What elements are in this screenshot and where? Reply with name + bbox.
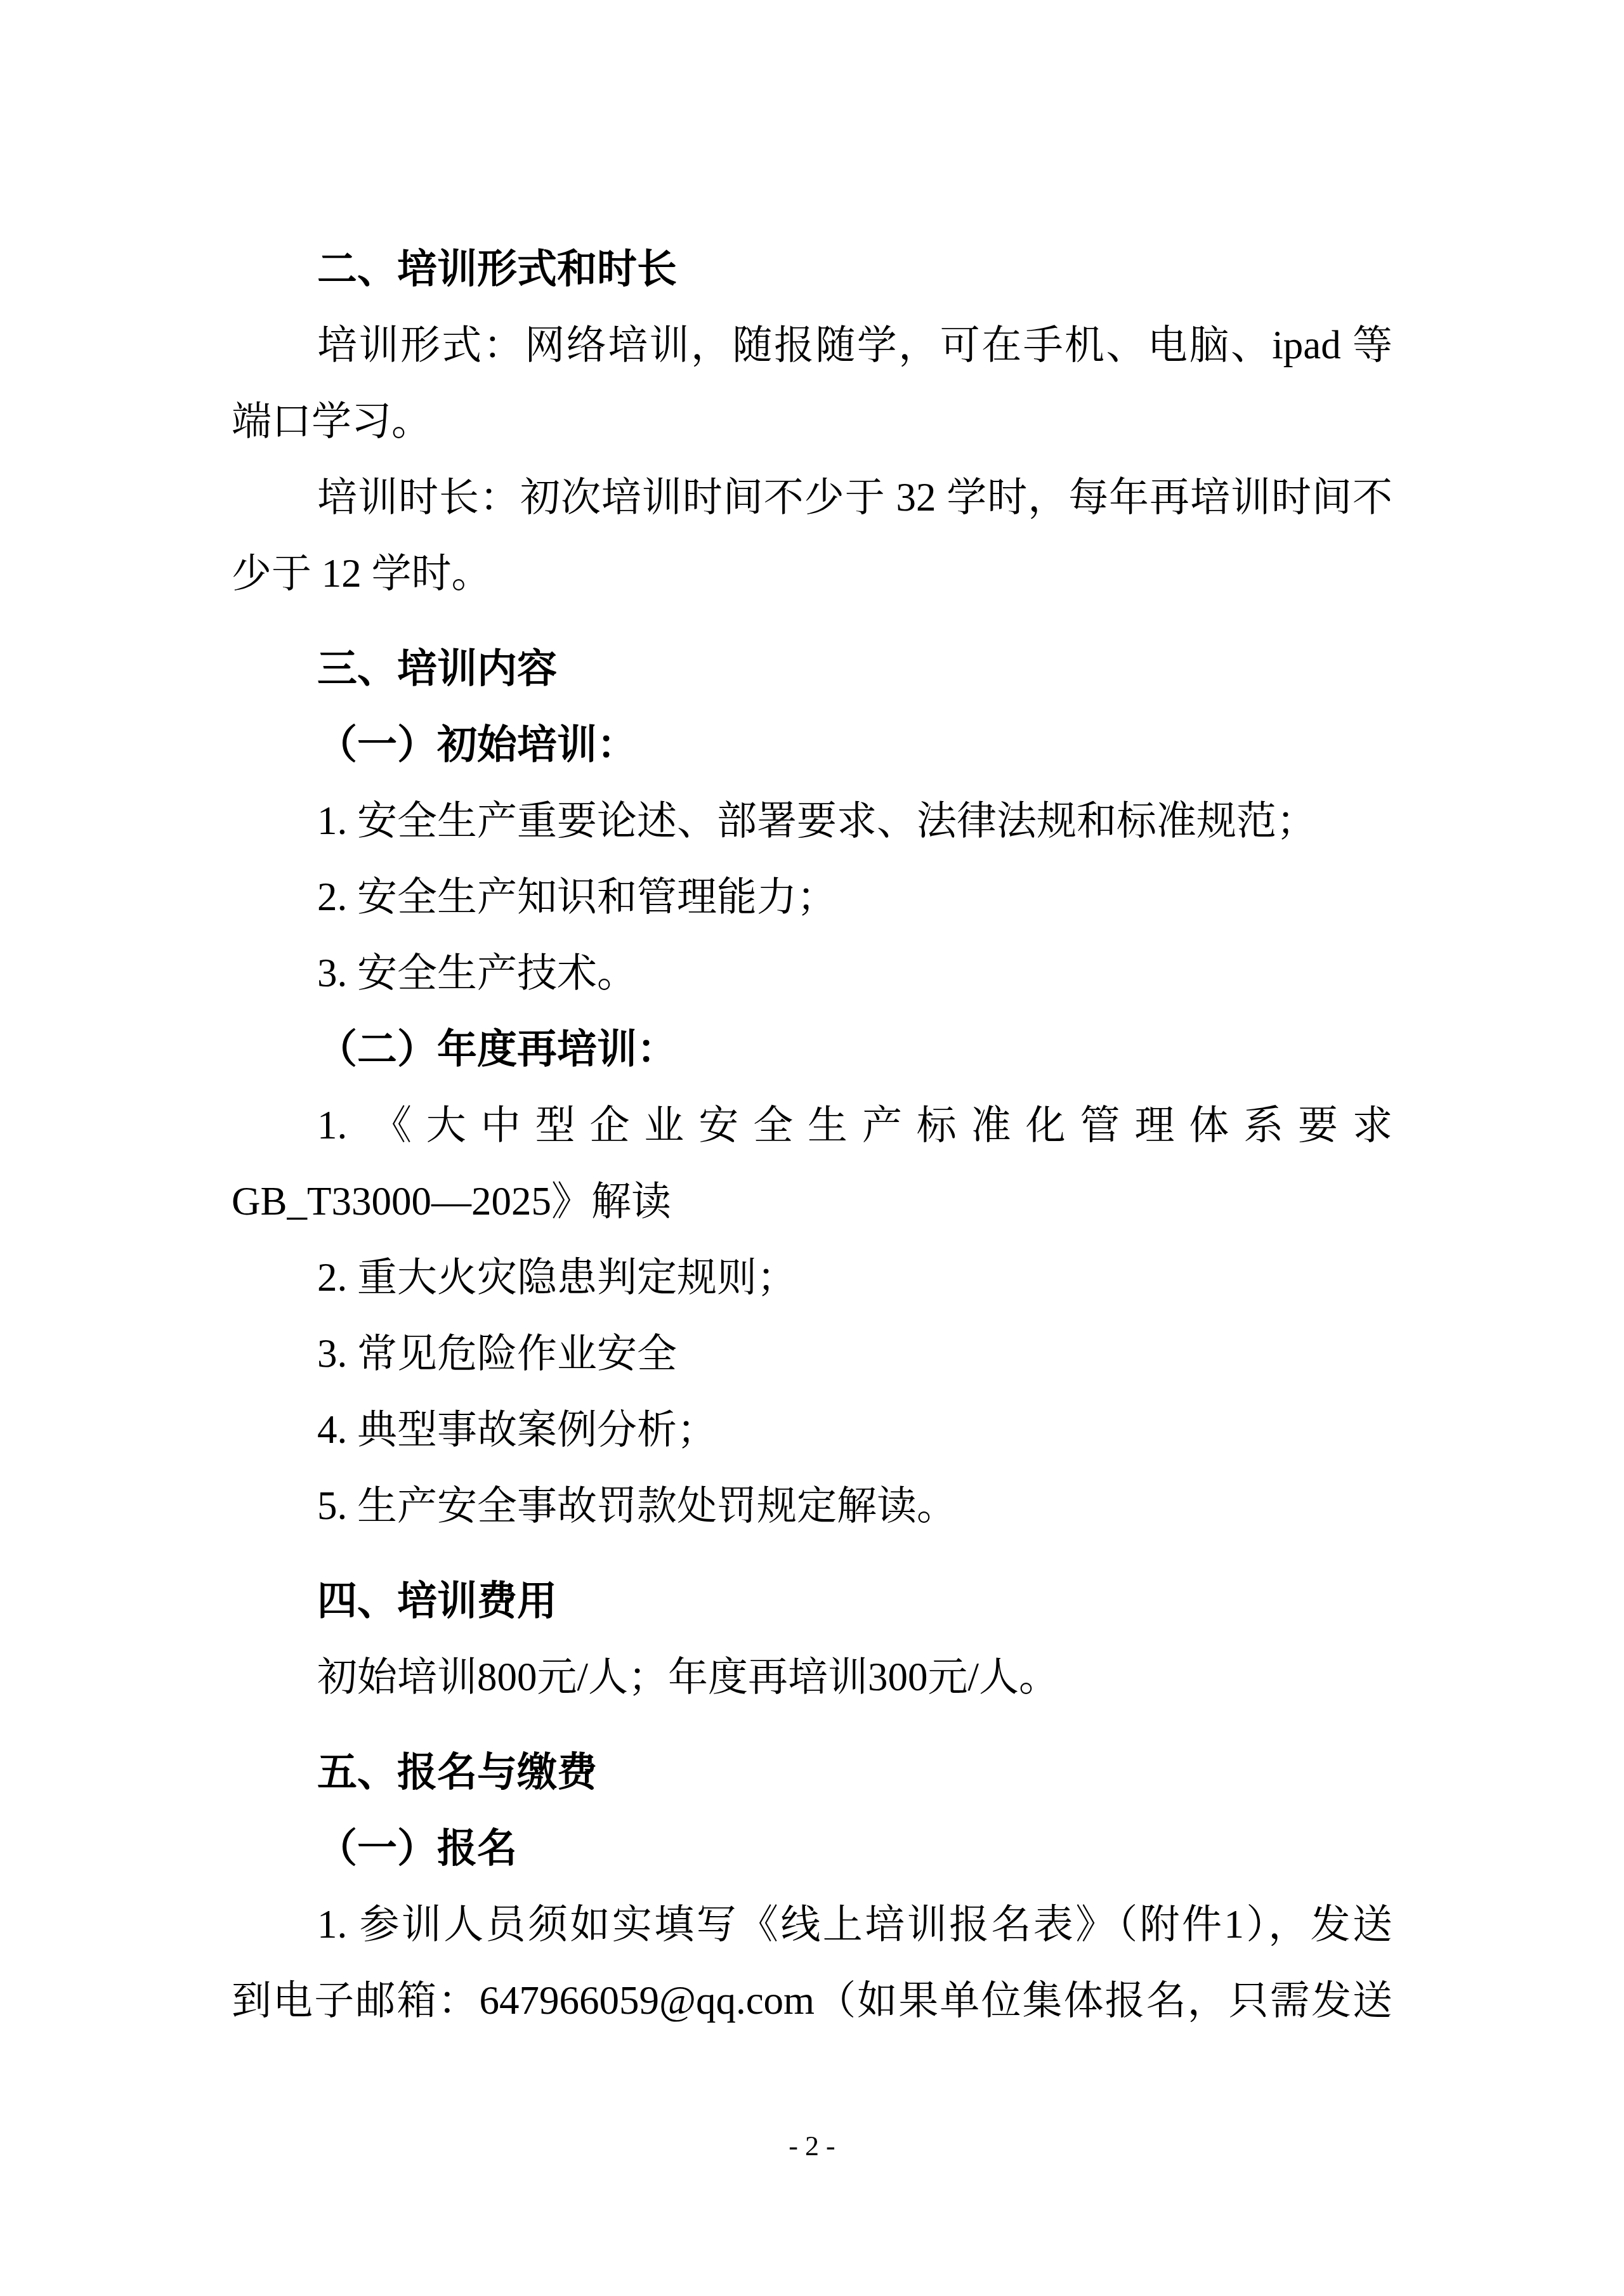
text-line: 端口学习。 [232, 383, 1392, 459]
text-line: 5. 生产安全事故罚款处罚规定解读。 [232, 1468, 1392, 1544]
text-line: 4. 典型事故案例分析； [232, 1392, 1392, 1468]
text-line: 3. 安全生产技术。 [232, 935, 1392, 1011]
section-heading: （一）初始培训： [232, 707, 1392, 783]
text-line: 少于 12 学时。 [232, 535, 1392, 611]
document-page: 二、培训形式和时长培训形式：网络培训，随报随学，可在手机、电脑、ipad 等端口… [0, 0, 1624, 2296]
section-heading: 三、培训内容 [232, 630, 1392, 707]
text-line: 到电子邮箱：647966059@qq.com（如果单位集体报名，只需发送 [232, 1962, 1392, 2038]
text-line: GB_T33000—2025》解读 [232, 1163, 1392, 1239]
text-line: 2. 重大火灾隐患判定规则； [232, 1239, 1392, 1315]
section-heading: 二、培训形式和时长 [232, 231, 1392, 307]
text-line: 1. 参训人员须如实填写《线上培训报名表》（附件1），发送 [232, 1886, 1392, 1962]
text-line: 3. 常见危险作业安全 [232, 1315, 1392, 1392]
page-number: - 2 - [0, 2126, 1624, 2167]
text-line: 1. 《大中型企业安全生产标准化管理体系要求 [232, 1087, 1392, 1163]
section-heading: （一）报名 [232, 1810, 1392, 1886]
text-line: 2. 安全生产知识和管理能力； [232, 859, 1392, 935]
text-line: 初始培训800元/人；年度再培训300元/人。 [232, 1639, 1392, 1715]
section-heading: 五、报名与缴费 [232, 1734, 1392, 1810]
text-line: 培训形式：网络培训，随报随学，可在手机、电脑、ipad 等 [232, 307, 1392, 383]
document-body: 二、培训形式和时长培训形式：网络培训，随报随学，可在手机、电脑、ipad 等端口… [232, 231, 1392, 2038]
text-line: 1. 安全生产重要论述、部署要求、法律法规和标准规范； [232, 783, 1392, 859]
section-heading: 四、培训费用 [232, 1563, 1392, 1639]
text-line: 培训时长：初次培训时间不少于 32 学时，每年再培训时间不 [232, 459, 1392, 535]
section-heading: （二）年度再培训： [232, 1011, 1392, 1087]
